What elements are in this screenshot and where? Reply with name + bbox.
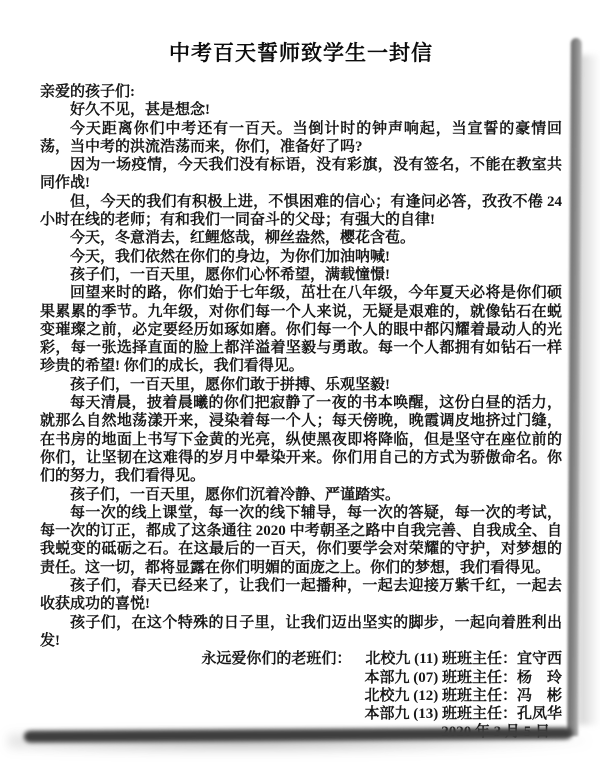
letter-paragraph: 回望来时的路，你们始于七年级，茁壮在八年级，今年夏天必将是你们硕果累累的季节。九… — [40, 284, 562, 375]
letter-title: 中考百天誓师致学生一封信 — [40, 42, 562, 66]
page-edge-wash-right — [578, 55, 600, 725]
letter-paragraph: 孩子们，在这个特殊的日子里，让我们迈出坚实的脚步，一起向着胜利出发! — [40, 614, 562, 651]
signature-prefix: 永远爱你们的老班们： — [201, 651, 351, 667]
letter-paragraph: 今天距离你们中考还有一百天。当倒计时的钟声响起，当宣誓的豪情回荡，当中考的洪流浩… — [40, 120, 562, 157]
letter-paragraph: 因为一场疫情，今天我们没有标语，没有彩旗，没有签名，不能在教室共同作战! — [40, 156, 562, 193]
signature-teacher: 北校九 (11) 班班主任：宜守西 — [365, 651, 562, 667]
letter-paragraph: 每一次的线上课堂，每一次的线下辅导，每一次的答疑，每一次的考试，每一次的订正，都… — [40, 504, 562, 577]
signature-line: 本部九 (13) 班班主任：孔凤华 — [40, 705, 562, 723]
letter-paragraph: 今天，冬意消去，红鲤悠哉，柳丝盎然，樱花含苞。 — [40, 229, 562, 247]
signature-line: 北校九 (12) 班班主任：冯 彬 — [40, 687, 562, 705]
letter-paragraph: 孩子们，一百天里，愿你们敢于拼搏、乐观坚毅! — [40, 376, 562, 394]
letter-paragraph: 孩子们，春天已经来了，让我们一起播种，一起去迎接万紫千红，一起去收获成功的喜悦! — [40, 577, 562, 614]
letter-body: 中考百天誓师致学生一封信 亲爱的孩子们: 好久不见，甚是想念! 今天距离你们中考… — [40, 42, 562, 742]
scanned-letter-page: 中考百天誓师致学生一封信 亲爱的孩子们: 好久不见，甚是想念! 今天距离你们中考… — [0, 0, 600, 764]
letter-paragraph: 好久不见，甚是想念! — [40, 101, 562, 119]
signature-line: 本部九 (07) 班班主任：杨 玲 — [40, 669, 562, 687]
letter-salutation: 亲爱的孩子们: — [40, 83, 562, 101]
letter-paragraph: 今天，我们依然在你们的身边，为你们加油呐喊! — [40, 248, 562, 266]
letter-paragraph: 孩子们，一百天里，愿你们心怀希望，满载憧憬! — [40, 266, 562, 284]
signature-line: 永远爱你们的老班们：北校九 (11) 班班主任：宜守西 — [40, 650, 562, 668]
letter-paragraph: 孩子们，一百天里，愿你们沉着冷静、严谨踏实。 — [40, 486, 562, 504]
letter-paragraph: 每天清晨，披着晨曦的你们把寂静了一夜的书本唤醒，这份白昼的活力，就那么自然地荡漾… — [40, 394, 562, 485]
letter-paragraph: 但，今天的我们有积极上进，不惧困难的信心；有逢问必答，孜孜不倦 24 小时在线的… — [40, 193, 562, 230]
